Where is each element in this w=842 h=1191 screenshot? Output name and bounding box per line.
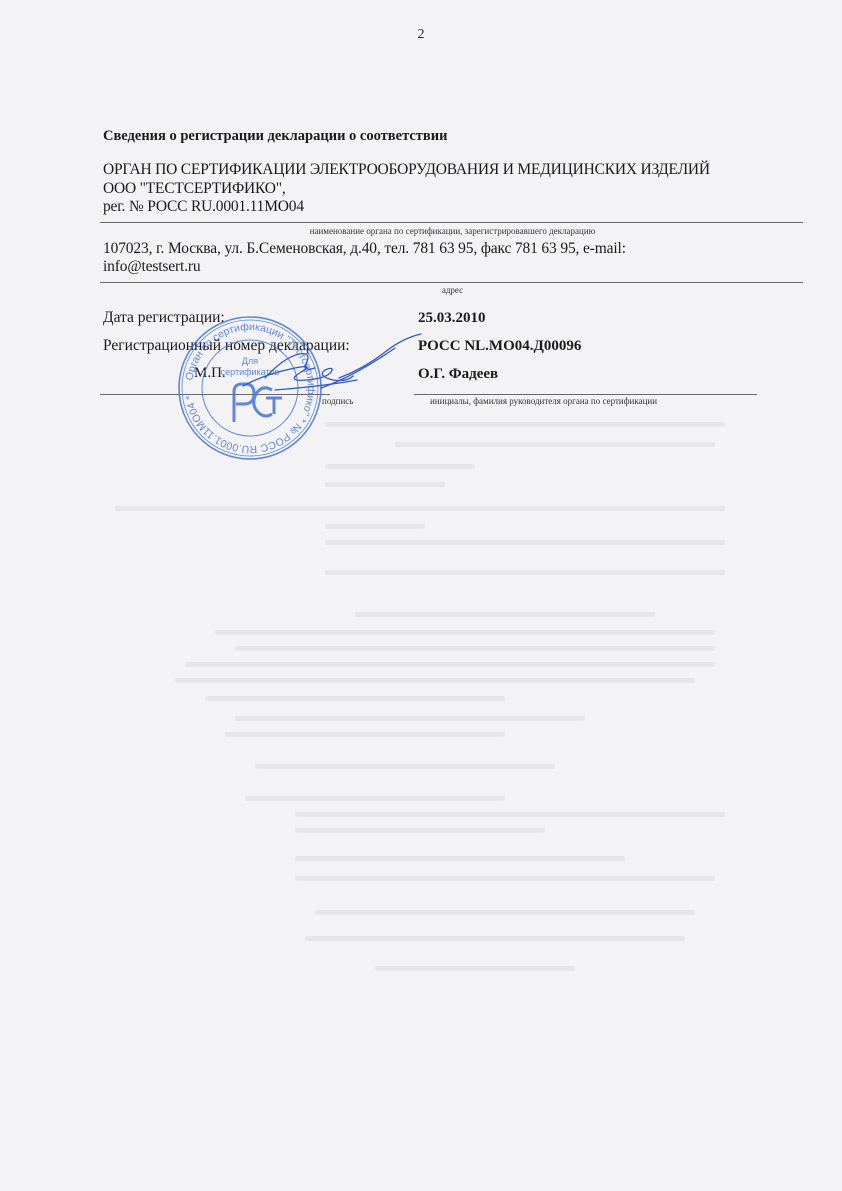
- organization-caption: наименование органа по сертификации, зар…: [0, 226, 842, 236]
- signature-icon: [235, 328, 425, 400]
- organization-name-line-1: ОРГАН ПО СЕРТИФИКАЦИИ ЭЛЕКТРООБОРУДОВАНИ…: [103, 161, 710, 179]
- registration-date-value: 25.03.2010: [418, 310, 486, 327]
- page-number: 2: [0, 27, 842, 43]
- organization-underline: [100, 222, 803, 223]
- organization-name-line-2: ООО "ТЕСТСЕРТИФИКО",: [103, 180, 286, 198]
- registration-number-value: РОСС NL.МО04.Д00096: [418, 338, 581, 355]
- address-caption: адрес: [0, 285, 842, 295]
- head-name-caption: инициалы, фамилия руководителя органа по…: [430, 396, 657, 406]
- reverse-side-show-through: [95, 420, 835, 990]
- document-title: Сведения о регистрации декларации о соот…: [103, 128, 447, 145]
- address-email: info@testsert.ru: [103, 258, 201, 276]
- organization-registration: рег. № РОСС RU.0001.11МО04: [103, 198, 304, 216]
- address-line-1: 107023, г. Москва, ул. Б.Семеновская, д.…: [103, 240, 626, 258]
- head-name-underline: [414, 394, 757, 395]
- head-name: О.Г. Фадеев: [418, 366, 498, 383]
- document-page: 2 Сведения о регистрации декларации о со…: [0, 0, 842, 1191]
- address-underline: [100, 282, 803, 283]
